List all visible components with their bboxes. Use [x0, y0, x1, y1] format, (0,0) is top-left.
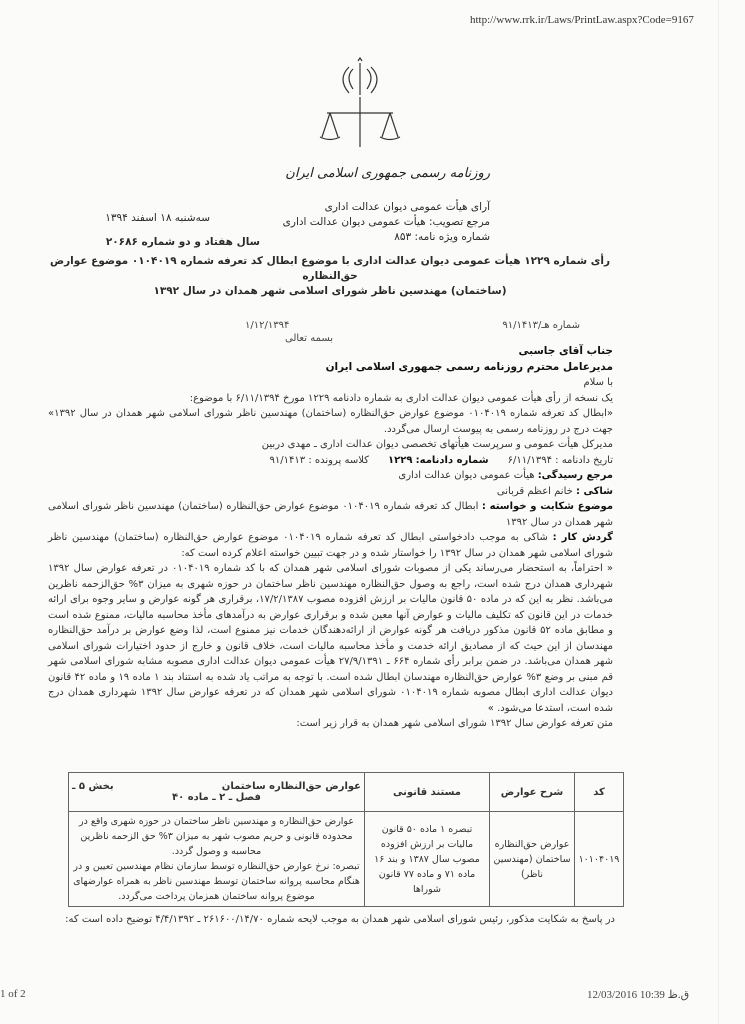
addressee-title: مدیرعامل محترم روزنامه رسمی جمهوری اسلام… [48, 360, 613, 376]
ruling-title-line-1: رأی شماره ۱۲۲۹ هیأت عمومی دیوان عدالت اد… [50, 254, 610, 284]
col-code: کد [575, 773, 624, 812]
case-date-label: تاریخ دادنامه : [555, 455, 613, 466]
proceedings-value: شاکی به موجب دادخواستی ابطال کد تعرفه شم… [48, 532, 613, 559]
table-row: ۱۰۱۰۴۰۱۹ عوارض حق‌النظاره ساختمان (مهندس… [69, 812, 624, 907]
row-detail-2: تبصره: نرخ عوارض حق‌النظاره توسط سازمان … [72, 859, 361, 904]
print-suffix: ق.ظ [668, 989, 689, 1001]
print-timestamp: 12/03/2016 10:39 ق.ظ [587, 988, 689, 1001]
section-chapter: فصل ـ ۲ ـ ماده ۴۰ [72, 792, 361, 803]
greeting: با سلام [48, 375, 613, 391]
case-meta-row: تاریخ دادنامه : ۶/۱۱/۱۳۹۴ شماره دادنامه:… [48, 453, 613, 469]
row-description: عوارض حق‌النظاره ساختمان (مهندسین ناظر) [490, 812, 575, 907]
tariff-intro: متن تعرفه عوارض سال ۱۳۹۲ شورای اسلامی شه… [48, 716, 613, 732]
addressee: جناب آقای جاسبی [48, 344, 613, 360]
authority-value: هیأت عمومی دیوان عدالت اداری [398, 470, 534, 481]
letter-para-1: یک نسخه از رأی هیأت عمومی دیوان عدالت اد… [48, 391, 613, 407]
iran-emblem-icon [315, 55, 405, 150]
reply-para: در پاسخ به شکایت مذکور، رئیس شورای اسلام… [55, 912, 615, 928]
col-legal-basis: مستند قانونی [365, 773, 490, 812]
page-edge [718, 0, 719, 1024]
print-url: http://www.rrk.ir/Laws/PrintLaw.aspx?Cod… [470, 14, 694, 26]
row-legal-basis: تبصره ۱ ماده ۵۰ قانون مالیات بر ارزش افز… [365, 812, 490, 907]
print-time: 12/03/2016 10:39 [587, 989, 665, 1001]
section-title: عوارض حق‌النظاره ساختمان [222, 781, 361, 792]
complaint-quote: « احتراماً، به استحضار می‌رساند یکی از م… [48, 561, 613, 716]
subject-row: موضوع شکایت و خواسته : ابطال کد تعرفه شم… [48, 499, 613, 530]
plaintiff-row: شاکی : خانم اعظم قربانی [48, 484, 613, 500]
authority-label: مرجع رسیدگی: [538, 470, 613, 481]
signature: مدیرکل هیأت عمومی و سرپرست هیأتهای تخصصی… [48, 437, 613, 453]
authority-row: مرجع رسیدگی: هیأت عمومی دیوان عدالت ادار… [48, 468, 613, 484]
plaintiff-value: خانم اعظم قربانی [497, 486, 573, 497]
table-header-row: کد شرح عوارض مستند قانونی عوارض حق‌النظا… [69, 773, 624, 812]
year-issue: سال هفتاد و دو شماره ۲۰۶۸۶ [60, 236, 260, 248]
row-code: ۱۰۱۰۴۰۱۹ [575, 812, 624, 907]
col-section: عوارض حق‌النظاره ساختمان بخش ۵ ـ فصل ـ ۲… [69, 773, 365, 812]
case-number-value: ۱۲۲۹ [388, 455, 412, 466]
letter-ref-no: شماره هـ/۹۱/۱۴۱۳ [502, 320, 580, 331]
basmala: بسمه تعالی [285, 333, 333, 344]
page-indicator: 1 of 2 [0, 988, 26, 1000]
tariff-table: کد شرح عوارض مستند قانونی عوارض حق‌النظا… [68, 772, 624, 907]
letter-para-2: «ابطال کد تعرفه شماره ۰۱۰۴۰۱۹ موضوع عوار… [48, 406, 613, 437]
plaintiff-label: شاکی : [576, 486, 613, 497]
row-detail: عوارض حق‌النظاره و مهندسین ناظر ساختمان … [69, 812, 365, 907]
issue-date: سه‌شنبه ۱۸ اسفند ۱۳۹۴ [60, 212, 210, 224]
ruling-title-line-2: (ساختمان) مهندسین ناظر شورای اسلامی شهر … [50, 284, 610, 299]
letter-body: جناب آقای جاسبی مدیرعامل محترم روزنامه ر… [48, 344, 613, 732]
case-number-label: شماره دادنامه: [416, 455, 489, 466]
subject-label: موضوع شکایت و خواسته : [482, 501, 613, 512]
letter-date: ۱/۱۲/۱۳۹۴ [245, 320, 289, 331]
case-date-value: ۶/۱۱/۱۳۹۴ [508, 455, 552, 466]
masthead-title: روزنامه رسمی جمهوری اسلامی ایران [260, 166, 490, 181]
case-file-value: ۹۱/۱۴۱۳ [270, 455, 306, 466]
ruling-title: رأی شماره ۱۲۲۹ هیأت عمومی دیوان عدالت اد… [50, 254, 610, 299]
proceedings-row: گردش کار : شاکی به موجب دادخواستی ابطال … [48, 530, 613, 561]
col-description: شرح عوارض [490, 773, 575, 812]
case-file-label: کلاسه پرونده : [308, 455, 369, 466]
proceedings-label: گردش کار : [553, 532, 613, 543]
section-part: بخش ۵ ـ [72, 781, 114, 792]
row-detail-1: عوارض حق‌النظاره و مهندسین ناظر ساختمان … [72, 814, 361, 859]
